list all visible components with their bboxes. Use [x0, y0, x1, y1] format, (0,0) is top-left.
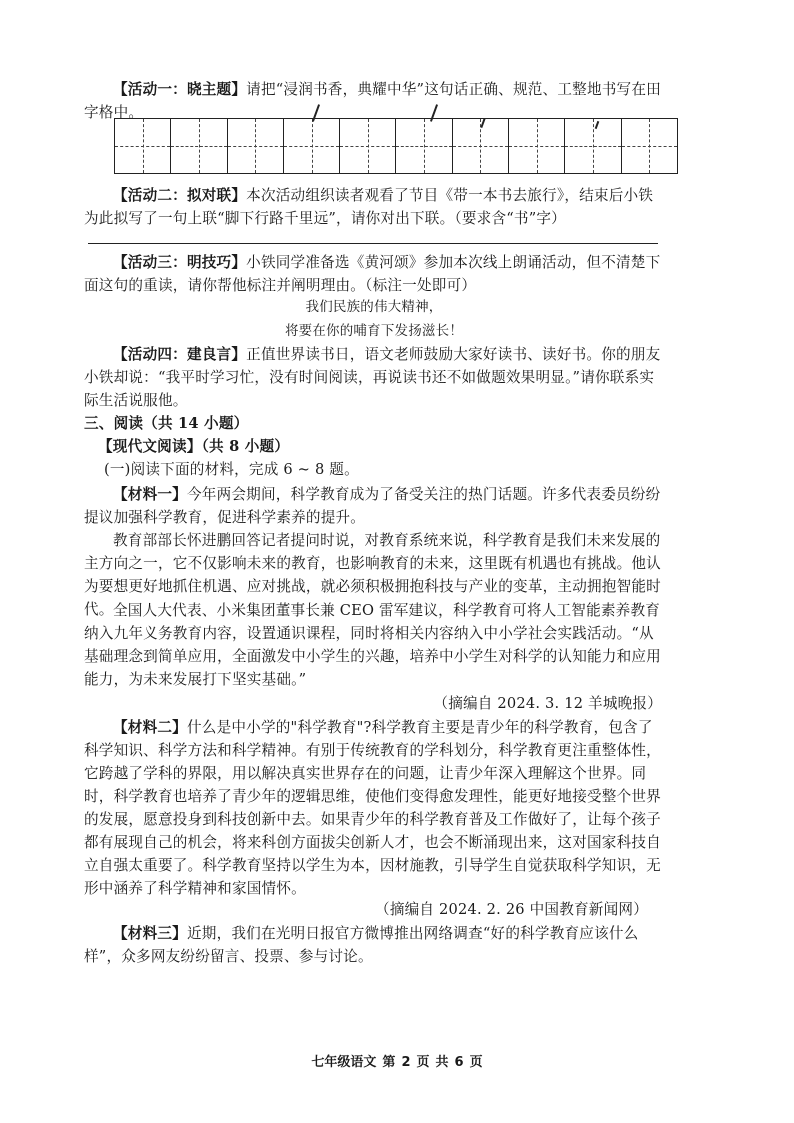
poem-line-2: 将要在你的哺育下发扬滋长！ [84, 320, 664, 343]
material3-heading: 【材料三】 [113, 925, 187, 942]
poem-line-1: 我们民族的伟大精神， [84, 296, 664, 319]
material2-paragraph: 【材料二】什么是中小学的"科学教育"?科学教育主要是青少年的科学教育，包含了科学… [84, 716, 664, 900]
grid-cell[interactable] [228, 118, 284, 174]
footer-page-unit: 页 [416, 1055, 429, 1070]
activity2-paragraph: 【活动二：拟对联】本次活动组织读者观看了节目《带一本书去旅行》，结束后小铁为此拟… [84, 184, 664, 230]
footer-total-num: 6 [455, 1055, 464, 1070]
exam-page: 【活动一：晓主题】请把“浸润书香，典耀中华”这句话正确、规范、工整地书写在田字格… [0, 0, 794, 1123]
activity3-heading: 【活动三：明技巧】 [113, 254, 246, 271]
footer-page-label: 第 [382, 1055, 395, 1070]
material1-p1: 【材料一】今年两会期间，科学教育成为了备受关注的热门话题。许多代表委员纷纷提议加… [84, 483, 664, 529]
section3-instruction: (一)阅读下面的材料，完成 6 ~ 8 题。 [104, 458, 684, 481]
footer-total-unit: 页 [470, 1055, 483, 1070]
grid-cell[interactable] [114, 118, 171, 174]
grid-cell[interactable] [284, 118, 340, 174]
footer-total-label: 共 [436, 1055, 449, 1070]
section3-subtitle: 【现代文阅读】（共 8 小题） [98, 435, 678, 458]
activity1-heading: 【活动一：晓主题】 [113, 81, 246, 98]
material2-source: （摘编自 2024. 2. 26 中国教育新闻网） [84, 898, 648, 921]
tianzige-grid[interactable] [114, 118, 678, 174]
grid-cell[interactable] [396, 118, 452, 174]
activity4-paragraph: 【活动四：建良言】正值世界读书日，语文老师鼓励大家好读书、读好书。你的朋友小铁却… [84, 343, 664, 412]
grid-cell[interactable] [622, 118, 678, 174]
page-footer: 七年级语文第2页共6页 [0, 1051, 794, 1070]
material2-heading: 【材料二】 [113, 719, 187, 736]
activity3-paragraph: 【活动三：明技巧】小铁同学准备选《黄河颂》参加本次线上朗诵活动，但不清楚下面这句… [84, 251, 664, 297]
activity2-heading: 【活动二：拟对联】 [113, 187, 246, 204]
material1-source: （摘编自 2024. 3. 12 羊城晚报） [84, 692, 662, 715]
grid-cell[interactable] [565, 118, 621, 174]
grid-cell[interactable] [509, 118, 565, 174]
material1-p3: 全国人大代表、小米集团董事长兼 CEO 雷军建议，科学教育可将人工智能素养教育纳… [84, 599, 664, 691]
section3-title: 三、阅读（共 14 小题） [84, 412, 664, 435]
material1-heading: 【材料一】 [113, 486, 187, 503]
material2-text: 什么是中小学的"科学教育"?科学教育主要是青少年的科学教育，包含了科学知识、科学… [84, 719, 661, 897]
material3-paragraph: 【材料三】近期，我们在光明日报官方微博推出网络调查“好的科学教育应该什么样”，众… [84, 922, 664, 968]
footer-page-num: 2 [401, 1055, 410, 1070]
footer-subject: 七年级语文 [311, 1055, 376, 1070]
grid-cell[interactable] [340, 118, 396, 174]
grid-cell[interactable] [171, 118, 227, 174]
answer-line[interactable] [88, 243, 658, 244]
activity4-heading: 【活动四：建良言】 [113, 346, 246, 363]
